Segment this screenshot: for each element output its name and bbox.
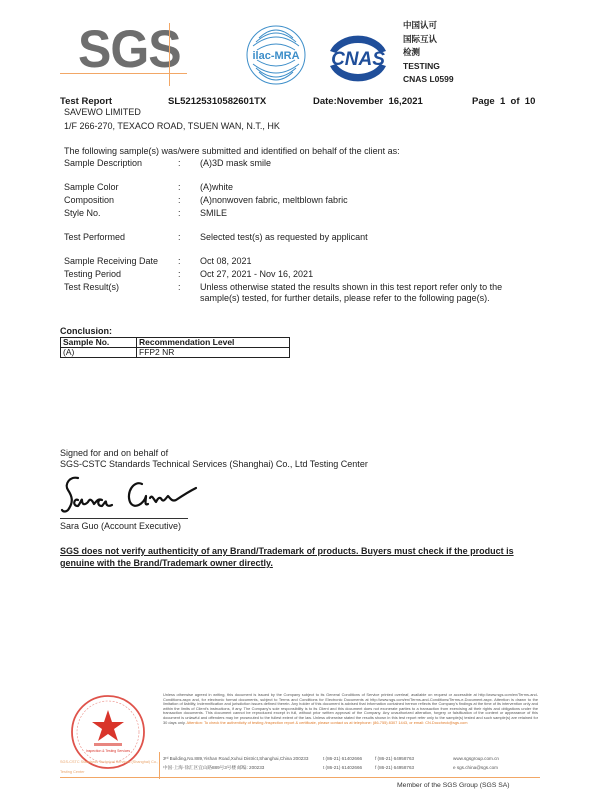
- intro-text: The following sample(s) was/were submitt…: [64, 145, 400, 157]
- address-chinese: 中国·上海·徐汇区宜山路889号3号楼 邮编: 200233: [163, 765, 264, 770]
- fax-number: f (86-21) 64958763: [375, 756, 414, 761]
- svg-text:CNAS: CNAS: [331, 49, 385, 70]
- table-header-row: Sample No. Recommendation Level: [61, 338, 290, 348]
- signatory-name: Sara Guo (Account Executive): [60, 520, 181, 532]
- official-seal-stamp: Inspection & Testing Services SGS-CSTC S…: [60, 692, 158, 780]
- svg-text:ilac-MRA: ilac-MRA: [252, 50, 299, 62]
- phone-number: t (86-21) 61402666: [323, 765, 362, 770]
- table-cell: FFP2 NR: [137, 348, 290, 358]
- conclusion-table: Sample No. Recommendation Level (A) FFP2…: [60, 337, 290, 358]
- signature-line: [60, 518, 188, 519]
- field-label: Composition: [64, 194, 114, 206]
- signing-organization: SGS-CSTC Standards Technical Services (S…: [60, 458, 368, 470]
- footer-vertical-rule: [159, 752, 160, 779]
- table-header-cell: Recommendation Level: [137, 338, 290, 348]
- field-colon: :: [178, 255, 181, 267]
- cnas-accreditation-text: 中国认可 国际互认 检测 TESTING CNAS L0599: [403, 19, 454, 87]
- cnas-line: 中国认可: [403, 19, 454, 33]
- sgs-logo-horizontal-rule: [60, 73, 187, 74]
- cnas-line: TESTING: [403, 60, 454, 74]
- cnas-logo: CNAS: [320, 31, 396, 86]
- client-address: 1/F 266-270, TEXACO ROAD, TSUEN WAN, N.T…: [64, 120, 280, 132]
- field-value: (A)white: [200, 181, 233, 193]
- field-value: (A)3D mask smile: [200, 157, 271, 169]
- field-label: Test Result(s): [64, 281, 119, 293]
- field-label: Sample Color: [64, 181, 119, 193]
- page-indicator: Page 1 of 10: [472, 96, 535, 107]
- report-date: Date:November 16,2021: [313, 96, 423, 107]
- field-label: Sample Receiving Date: [64, 255, 158, 267]
- cnas-line: 国际互认: [403, 33, 454, 47]
- conclusion-title: Conclusion:: [60, 325, 112, 337]
- field-colon: :: [178, 157, 181, 169]
- field-colon: :: [178, 281, 181, 293]
- client-name: SAVEWO LIMITED: [64, 106, 141, 118]
- brand-disclaimer: SGS does not verify authenticity of any …: [60, 545, 540, 569]
- field-colon: :: [178, 194, 181, 206]
- field-label: Sample Description: [64, 157, 142, 169]
- handwritten-signature: [60, 472, 200, 518]
- field-colon: :: [178, 207, 181, 219]
- field-colon: :: [178, 268, 181, 280]
- website-link[interactable]: www.sgsgroup.com.cn: [453, 756, 499, 761]
- ilac-mra-logo: ilac-MRA: [245, 20, 307, 90]
- svg-text:Inspection & Testing Services: Inspection & Testing Services: [86, 749, 131, 753]
- terms-fine-print: Unless otherwise agreed in writing, this…: [163, 693, 538, 725]
- field-value: Oct 27, 2021 - Nov 16, 2021: [200, 268, 313, 280]
- field-value: (A)nonwoven fabric, meltblown fabric: [200, 194, 348, 206]
- field-value: Selected test(s) as requested by applica…: [200, 231, 368, 243]
- address-english: 3ʳᵈ Building,No.889,Yishan Road,Xuhui Di…: [163, 756, 308, 761]
- report-number: SL52125310582601TX: [168, 96, 266, 107]
- field-value: Oct 08, 2021: [200, 255, 252, 267]
- phone-number: t (86-21) 61402666: [323, 756, 362, 761]
- authenticity-check-notice: Attention: To check the authenticity of …: [187, 720, 468, 725]
- footer-rule: [60, 777, 540, 778]
- svg-text:SGS-CSTC Standards Technical S: SGS-CSTC Standards Technical Services (S…: [60, 760, 158, 764]
- cnas-line: CNAS L0599: [403, 73, 454, 87]
- table-row: (A) FFP2 NR: [61, 348, 290, 358]
- cnas-line: 检测: [403, 46, 454, 60]
- field-colon: :: [178, 231, 181, 243]
- field-label: Style No.: [64, 207, 101, 219]
- sgs-logo-vertical-rule: [169, 23, 170, 86]
- field-label: Testing Period: [64, 268, 121, 280]
- field-value: SMILE: [200, 207, 227, 219]
- table-cell: (A): [61, 348, 137, 358]
- table-header-cell: Sample No.: [61, 338, 137, 348]
- email-link[interactable]: e sgs.china@sgs.com: [453, 765, 498, 770]
- field-colon: :: [178, 181, 181, 193]
- field-value-continued: sample(s) tested, for further details, p…: [200, 292, 490, 304]
- svg-text:Testing Center: Testing Center: [60, 770, 85, 774]
- field-label: Test Performed: [64, 231, 125, 243]
- sgs-logo: SGS: [78, 23, 181, 76]
- fax-number: f (86-21) 64958763: [375, 765, 414, 770]
- sgs-group-membership: Member of the SGS Group (SGS SA): [397, 782, 510, 789]
